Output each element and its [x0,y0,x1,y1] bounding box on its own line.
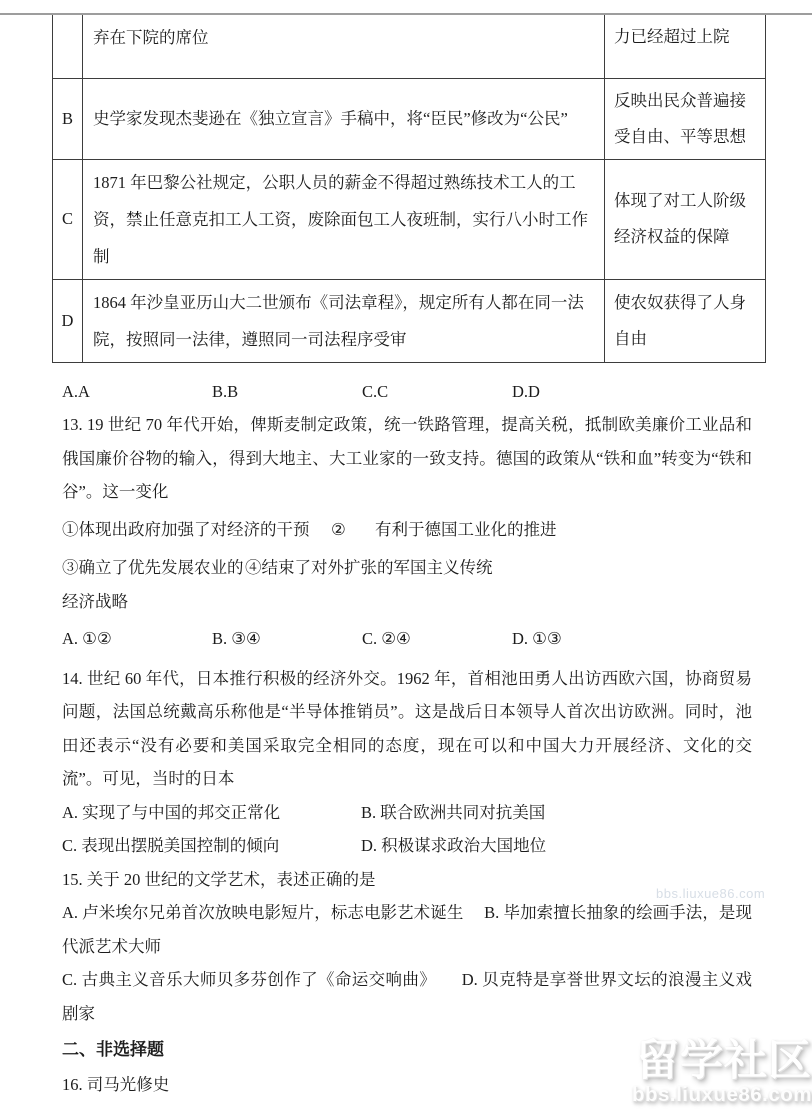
q13-item-2-text: 有利于德国工业化的推进 [375,513,557,547]
table-row: 弃在下院的席位 力已经超过上院 [53,15,766,78]
option-letter-cell: B [53,78,83,159]
statement-cell: 1871 年巴黎公社规定，公职人员的薪金不得超过熟练技术工人的工资，禁止任意克扣… [83,159,605,279]
q13-item-4: ④结束了对外扩张的军国主义传统 [245,551,493,618]
q13-option-b: B. ③④ [212,622,362,656]
question-15-options-ab: A. 卢米埃尔兄弟首次放映电影短片，标志电影艺术诞生 B. 毕加索擅长抽象的绘画… [62,896,752,963]
analysis-table: 弃在下院的席位 力已经超过上院 B 史学家发现杰斐逊在《独立宣言》手稿中，将“臣… [52,15,766,363]
statement-cell: 弃在下院的席位 [83,15,605,78]
site-watermark: 留学社区 bbs.liuxue86.com [627,1040,812,1106]
choice-c: C.C [362,375,512,409]
q13-option-a: A. ①② [62,622,212,656]
statement-cell: 1864 年沙皇亚历山大二世颁布《司法章程》，规定所有人都在同一法院，按照同一法… [83,279,605,362]
question-14-options-line-2: C. 表现出摆脱美国控制的倾向 D. 积极谋求政治大国地位 [62,829,752,863]
question-13-items-line-2: ③确立了优先发展农业的经济战略 ④结束了对外扩张的军国主义传统 [62,551,752,618]
q13-option-c: C. ②④ [362,622,512,656]
choice-a: A.A [62,375,212,409]
analysis-cell: 使农奴获得了人身自由 [605,279,766,362]
choice-d: D.D [512,375,662,409]
analysis-cell: 反映出民众普遍接受自由、平等思想 [605,78,766,159]
table-row: B 史学家发现杰斐逊在《独立宣言》手稿中，将“臣民”修改为“公民” 反映出民众普… [53,78,766,159]
exam-page: 弃在下院的席位 力已经超过上院 B 史学家发现杰斐逊在《独立宣言》手稿中，将“臣… [0,0,812,1116]
question-13-items-line-1: ①体现出政府加强了对经济的干预 ② 有利于德国工业化的推进 [62,513,752,547]
watermark-brand-text: 留学社区 [627,1040,812,1083]
choice-b: B.B [212,375,362,409]
q13-item-1: ①体现出政府加强了对经济的干预 [62,513,331,547]
q14-option-c: C. 表现出摆脱美国控制的倾向 [62,829,361,863]
table-row: D 1864 年沙皇亚历山大二世颁布《司法章程》，规定所有人都在同一法院，按照同… [53,279,766,362]
q14-option-b: B. 联合欧洲共同对抗美国 [361,796,545,830]
answer-choices-row: A.A B.B C.C D.D [62,375,752,409]
option-letter-cell: D [53,279,83,362]
table-top-cut-line [0,13,812,15]
question-14-stem: 14. 世纪 60 年代，日本推行积极的经济外交。1962 年，首相池田勇人出访… [62,662,752,796]
question-14-options-line-1: A. 实现了与中国的邦交正常化 B. 联合欧洲共同对抗美国 [62,796,752,830]
q13-option-d: D. ①③ [512,622,662,656]
watermark-url-text: bbs.liuxue86.com [627,1085,812,1106]
table-row: C 1871 年巴黎公社规定，公职人员的薪金不得超过熟练技术工人的工资，禁止任意… [53,159,766,279]
question-15-stem: 15. 关于 20 世纪的文学艺术，表述正确的是 [62,863,752,897]
question-13-stem: 13. 19 世纪 70 年代开始，俾斯麦制定政策，统一铁路管理，提高关税，抵制… [62,408,752,509]
q13-item-3: ③确立了优先发展农业的经济战略 [62,551,245,618]
analysis-cell: 力已经超过上院 [605,15,766,78]
statement-cell: 史学家发现杰斐逊在《独立宣言》手稿中，将“臣民”修改为“公民” [83,78,605,159]
question-13-options: A. ①② B. ③④ C. ②④ D. ①③ [62,622,752,656]
option-letter-cell: C [53,159,83,279]
inline-watermark-url: bbs.liuxue86.com [656,886,765,901]
q13-item-2-marker: ② [331,513,375,547]
question-content: A.A B.B C.C D.D 13. 19 世纪 70 年代开始，俾斯麦制定政… [62,375,752,1102]
option-letter-cell [53,15,83,78]
question-15-options-cd: C. 古典主义音乐大师贝多芬创作了《命运交响曲》 D. 贝克特是享誉世界文坛的浪… [62,963,752,1030]
q14-option-d: D. 积极谋求政治大国地位 [361,829,546,863]
q14-option-a: A. 实现了与中国的邦交正常化 [62,796,361,830]
analysis-cell: 体现了对工人阶级经济权益的保障 [605,159,766,279]
